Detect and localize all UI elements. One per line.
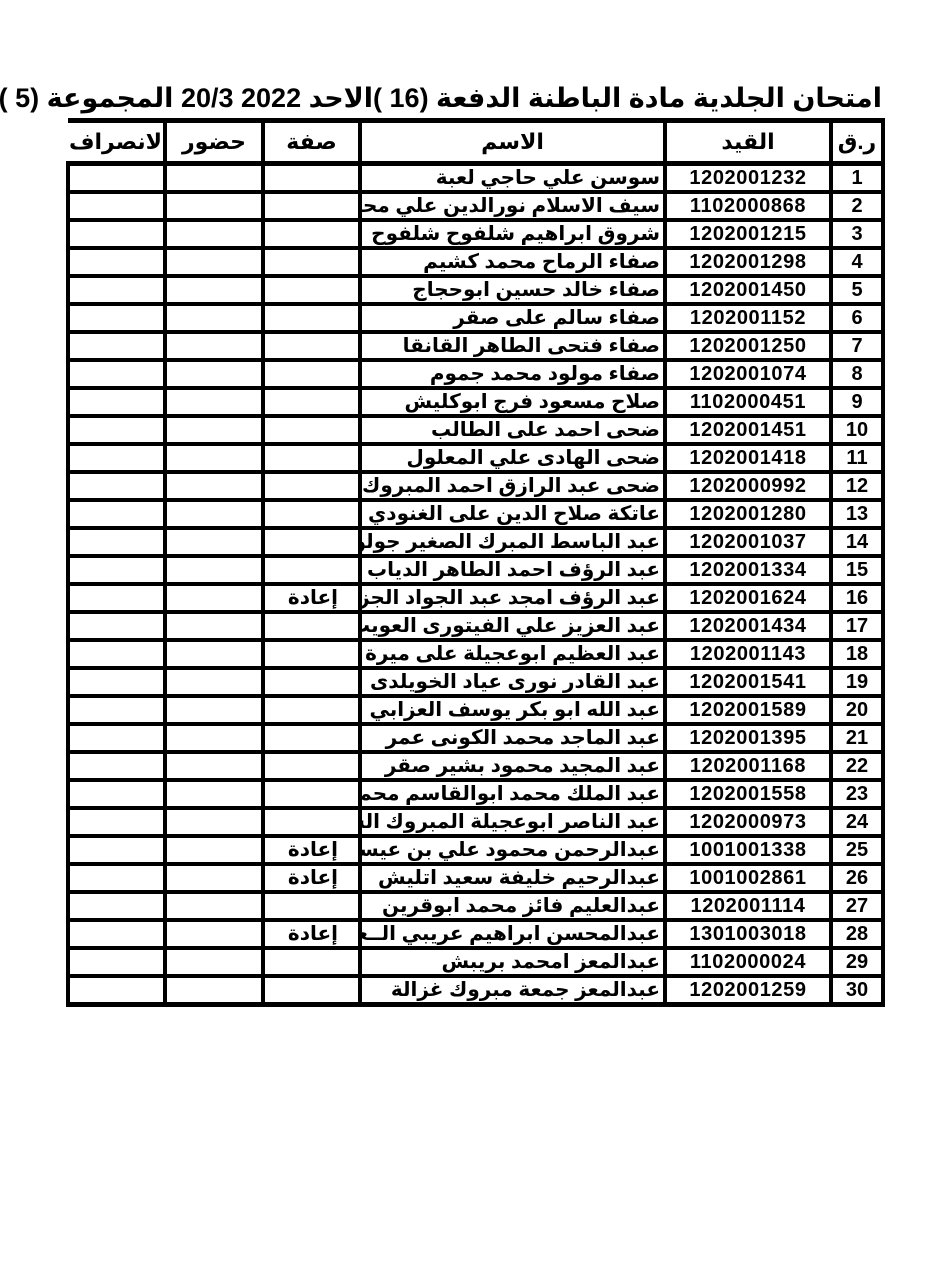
student-name-cell: عبد الرؤف احمد الطاهر الدياب [360,556,665,584]
status-cell [263,528,360,556]
status-cell [263,976,360,1005]
serial-number-cell: 4 [831,248,883,276]
attendance-signature-cell [165,892,263,920]
status-cell [263,612,360,640]
registration-id-cell: 1102000451 [665,388,831,416]
registration-id-cell: 1202001037 [665,528,831,556]
student-name-cell: ضحى الهادى علي المعلول [360,444,665,472]
attendance-signature-cell [165,304,263,332]
table-row: 271202001114عبدالعليم فائز محمد ابوقرين [68,892,883,920]
attendance-signature-cell [165,248,263,276]
registration-id-cell: 1202001451 [665,416,831,444]
registration-id-cell: 1001002861 [665,864,831,892]
leave-signature-cell [68,472,165,500]
attendance-signature-cell [165,696,263,724]
status-cell [263,164,360,193]
status-cell [263,780,360,808]
status-cell [263,752,360,780]
serial-number-cell: 8 [831,360,883,388]
student-name-cell: سيف الاسلام نورالدين علي محمد [360,192,665,220]
student-name-cell: صفاء الرماح محمد كشيم [360,248,665,276]
table-row: 91102000451صلاح مسعود فرج ابوكليش [68,388,883,416]
attendance-signature-cell [165,808,263,836]
serial-number-cell: 29 [831,948,883,976]
registration-id-cell: 1202001395 [665,724,831,752]
serial-number-cell: 30 [831,976,883,1005]
registration-id-cell: 1202001624 [665,584,831,612]
student-name-cell: سوسن علي حاجي لعبة [360,164,665,193]
registration-id-cell: 1202001250 [665,332,831,360]
table-row: 291102000024عبدالمعز امحمد بريبش [68,948,883,976]
table-row: 131202001280عاتكة صلاح الدين على الغنودي [68,500,883,528]
serial-number-cell: 22 [831,752,883,780]
serial-number-cell: 2 [831,192,883,220]
table-row: 21102000868سيف الاسلام نورالدين علي محمد [68,192,883,220]
status-cell: إعادة [263,836,360,864]
leave-signature-cell [68,220,165,248]
student-name-cell: عبد العظيم ابوعجيلة على ميرة [360,640,665,668]
attendance-signature-cell [165,780,263,808]
status-cell [263,724,360,752]
status-cell: إعادة [263,920,360,948]
status-cell: إعادة [263,584,360,612]
leave-signature-cell [68,780,165,808]
roster-table: ر.ق القيد الاسم صفة حضور لانصراف 1120200… [66,118,885,1007]
leave-signature-cell [68,584,165,612]
serial-number-cell: 1 [831,164,883,193]
table-row: 281301003018عبدالمحسن ابراهيم عريبي الــ… [68,920,883,948]
student-name-cell: عبد الرؤف امجد عبد الجواد الجزار [360,584,665,612]
table-row: 31202001215شروق ابراهيم شلفوح شلفوح [68,220,883,248]
status-cell [263,388,360,416]
table-row: 101202001451ضحى احمد على الطالب [68,416,883,444]
student-name-cell: عبدالمعز امحمد بريبش [360,948,665,976]
status-cell [263,220,360,248]
student-name-cell: عبد الباسط المبرك الصغير جولق [360,528,665,556]
student-name-cell: ضحى احمد على الطالب [360,416,665,444]
attendance-signature-cell [165,472,263,500]
registration-id-cell: 1202001152 [665,304,831,332]
attendance-signature-cell [165,528,263,556]
attendance-signature-cell [165,864,263,892]
serial-number-cell: 19 [831,668,883,696]
registration-id-cell: 1202001143 [665,640,831,668]
leave-signature-cell [68,752,165,780]
serial-number-cell: 18 [831,640,883,668]
attendance-signature-cell [165,220,263,248]
header-registration-id: القيد [665,121,831,164]
leave-signature-cell [68,416,165,444]
registration-id-cell: 1202001114 [665,892,831,920]
leave-signature-cell [68,668,165,696]
serial-number-cell: 13 [831,500,883,528]
table-row: 241202000973عبد الناصر ابوعجيلة المبروك … [68,808,883,836]
attendance-signature-cell [165,920,263,948]
registration-id-cell: 1202001259 [665,976,831,1005]
table-row: 151202001334عبد الرؤف احمد الطاهر الدياب [68,556,883,584]
student-name-cell: عبدالمعز جمعة مبروك غزالة [360,976,665,1005]
registration-id-cell: 1102000868 [665,192,831,220]
status-cell [263,668,360,696]
student-name-cell: عبد المجيد محمود بشير صقر [360,752,665,780]
table-row: 221202001168عبد المجيد محمود بشير صقر [68,752,883,780]
student-name-cell: عبدالعليم فائز محمد ابوقرين [360,892,665,920]
table-row: 81202001074صفاء مولود محمد جموم [68,360,883,388]
status-cell [263,360,360,388]
registration-id-cell: 1202001280 [665,500,831,528]
serial-number-cell: 26 [831,864,883,892]
status-cell [263,248,360,276]
serial-number-cell: 9 [831,388,883,416]
student-name-cell: صفاء خالد حسين ابوحجاج [360,276,665,304]
student-name-cell: عبد الماجد محمد الكونى عمر [360,724,665,752]
attendance-signature-cell [165,976,263,1005]
attendance-signature-cell [165,752,263,780]
student-name-cell: شروق ابراهيم شلفوح شلفوح [360,220,665,248]
table-row: 61202001152صفاء سالم على صقر [68,304,883,332]
serial-number-cell: 15 [831,556,883,584]
leave-signature-cell [68,304,165,332]
student-name-cell: عبد القادر نورى عياد الخويلدى [360,668,665,696]
student-name-cell: صفاء سالم على صقر [360,304,665,332]
attendance-signature-cell [165,836,263,864]
table-row: 191202001541عبد القادر نورى عياد الخويلد… [68,668,883,696]
registration-id-cell: 1301003018 [665,920,831,948]
student-name-cell: صلاح مسعود فرج ابوكليش [360,388,665,416]
serial-number-cell: 11 [831,444,883,472]
serial-number-cell: 28 [831,920,883,948]
leave-signature-cell [68,192,165,220]
status-cell: إعادة [263,864,360,892]
serial-number-cell: 17 [831,612,883,640]
registration-id-cell: 1202001558 [665,780,831,808]
table-row: 171202001434عبد العزيز علي الفيتورى العو… [68,612,883,640]
table-row: 11202001232سوسن علي حاجي لعبة [68,164,883,193]
status-cell [263,808,360,836]
table-row: 181202001143عبد العظيم ابوعجيلة على ميرة [68,640,883,668]
leave-signature-cell [68,248,165,276]
leave-signature-cell [68,332,165,360]
leave-signature-cell [68,808,165,836]
registration-id-cell: 1202001418 [665,444,831,472]
status-cell [263,304,360,332]
header-serial-number: ر.ق [831,121,883,164]
serial-number-cell: 21 [831,724,883,752]
leave-signature-cell [68,976,165,1005]
registration-id-cell: 1202000973 [665,808,831,836]
registration-id-cell: 1202001074 [665,360,831,388]
attendance-signature-cell [165,584,263,612]
status-cell [263,640,360,668]
leave-signature-cell [68,696,165,724]
student-name-cell: صفاء فتحى الطاهر القانقا [360,332,665,360]
serial-number-cell: 12 [831,472,883,500]
header-name: الاسم [360,121,665,164]
status-cell [263,416,360,444]
registration-id-cell: 1102000024 [665,948,831,976]
table-row: 201202001589عبد الله ابو بكر يوسف العزاب… [68,696,883,724]
leave-signature-cell [68,388,165,416]
leave-signature-cell [68,528,165,556]
header-row: ر.ق القيد الاسم صفة حضور لانصراف [68,121,883,164]
table-row: 251001001338عبدالرحمن محمود علي بن عيسىإ… [68,836,883,864]
leave-signature-cell [68,612,165,640]
attendance-signature-cell [165,444,263,472]
leave-signature-cell [68,640,165,668]
table-row: 261001002861عبدالرحيم خليفة سعيد اتليشإع… [68,864,883,892]
header-leave: لانصراف [68,121,165,164]
table-row: 41202001298صفاء الرماح محمد كشيم [68,248,883,276]
leave-signature-cell [68,164,165,193]
attendance-signature-cell [165,948,263,976]
attendance-signature-cell [165,276,263,304]
student-name-cell: ضحى عبد الرازق احمد المبروك [360,472,665,500]
serial-number-cell: 7 [831,332,883,360]
attendance-signature-cell [165,500,263,528]
status-cell [263,948,360,976]
student-name-cell: عبدالرحيم خليفة سعيد اتليش [360,864,665,892]
student-name-cell: عبد الملك محمد ابوالقاسم محمد [360,780,665,808]
table-row: 141202001037عبد الباسط المبرك الصغير جول… [68,528,883,556]
status-cell [263,276,360,304]
serial-number-cell: 16 [831,584,883,612]
student-name-cell: عاتكة صلاح الدين على الغنودي [360,500,665,528]
table-row: 71202001250صفاء فتحى الطاهر القانقا [68,332,883,360]
attendance-signature-cell [165,332,263,360]
attendance-signature-cell [165,556,263,584]
registration-id-cell: 1202001434 [665,612,831,640]
serial-number-cell: 5 [831,276,883,304]
serial-number-cell: 3 [831,220,883,248]
attendance-signature-cell [165,164,263,193]
serial-number-cell: 24 [831,808,883,836]
table-row: 161202001624عبد الرؤف امجد عبد الجواد ال… [68,584,883,612]
registration-id-cell: 1202001232 [665,164,831,193]
student-name-cell: صفاء مولود محمد جموم [360,360,665,388]
serial-number-cell: 23 [831,780,883,808]
attendance-signature-cell [165,668,263,696]
table-row: 111202001418ضحى الهادى علي المعلول [68,444,883,472]
leave-signature-cell [68,864,165,892]
student-name-cell: عبد الناصر ابوعجيلة المبروك الشيباني [360,808,665,836]
student-name-cell: عبدالمحسن ابراهيم عريبي الــعــاتـــ [360,920,665,948]
attendance-sheet: ر.ق القيد الاسم صفة حضور لانصراف 1120200… [66,118,881,1007]
serial-number-cell: 25 [831,836,883,864]
status-cell [263,192,360,220]
status-cell [263,444,360,472]
registration-id-cell: 1202001334 [665,556,831,584]
registration-id-cell: 1202001541 [665,668,831,696]
leave-signature-cell [68,276,165,304]
registration-id-cell: 1001001338 [665,836,831,864]
student-name-cell: عبد العزيز علي الفيتورى العويب [360,612,665,640]
registration-id-cell: 1202001450 [665,276,831,304]
leave-signature-cell [68,360,165,388]
status-cell [263,696,360,724]
status-cell [263,892,360,920]
registration-id-cell: 1202001589 [665,696,831,724]
serial-number-cell: 14 [831,528,883,556]
attendance-signature-cell [165,724,263,752]
serial-number-cell: 6 [831,304,883,332]
leave-signature-cell [68,724,165,752]
header-attendance: حضور [165,121,263,164]
table-row: 301202001259عبدالمعز جمعة مبروك غزالة [68,976,883,1005]
attendance-signature-cell [165,388,263,416]
leave-signature-cell [68,920,165,948]
attendance-signature-cell [165,640,263,668]
attendance-signature-cell [165,360,263,388]
status-cell [263,500,360,528]
leave-signature-cell [68,444,165,472]
roster-body: 11202001232سوسن علي حاجي لعبة21102000868… [68,164,883,1005]
registration-id-cell: 1202001168 [665,752,831,780]
status-cell [263,332,360,360]
table-row: 211202001395عبد الماجد محمد الكونى عمر [68,724,883,752]
registration-id-cell: 1202001215 [665,220,831,248]
status-cell [263,472,360,500]
status-cell [263,556,360,584]
serial-number-cell: 10 [831,416,883,444]
serial-number-cell: 20 [831,696,883,724]
leave-signature-cell [68,836,165,864]
table-row: 231202001558عبد الملك محمد ابوالقاسم محم… [68,780,883,808]
student-name-cell: عبدالرحمن محمود علي بن عيسى [360,836,665,864]
leave-signature-cell [68,892,165,920]
attendance-signature-cell [165,192,263,220]
serial-number-cell: 27 [831,892,883,920]
table-row: 121202000992ضحى عبد الرازق احمد المبروك [68,472,883,500]
leave-signature-cell [68,556,165,584]
attendance-signature-cell [165,612,263,640]
registration-id-cell: 1202001298 [665,248,831,276]
leave-signature-cell [68,948,165,976]
leave-signature-cell [68,500,165,528]
table-row: 51202001450صفاء خالد حسين ابوحجاج [68,276,883,304]
header-status: صفة [263,121,360,164]
page-title: امتحان الجلدية مادة الباطنة الدفعة (16 )… [60,78,882,118]
registration-id-cell: 1202000992 [665,472,831,500]
attendance-signature-cell [165,416,263,444]
student-name-cell: عبد الله ابو بكر يوسف العزابي [360,696,665,724]
